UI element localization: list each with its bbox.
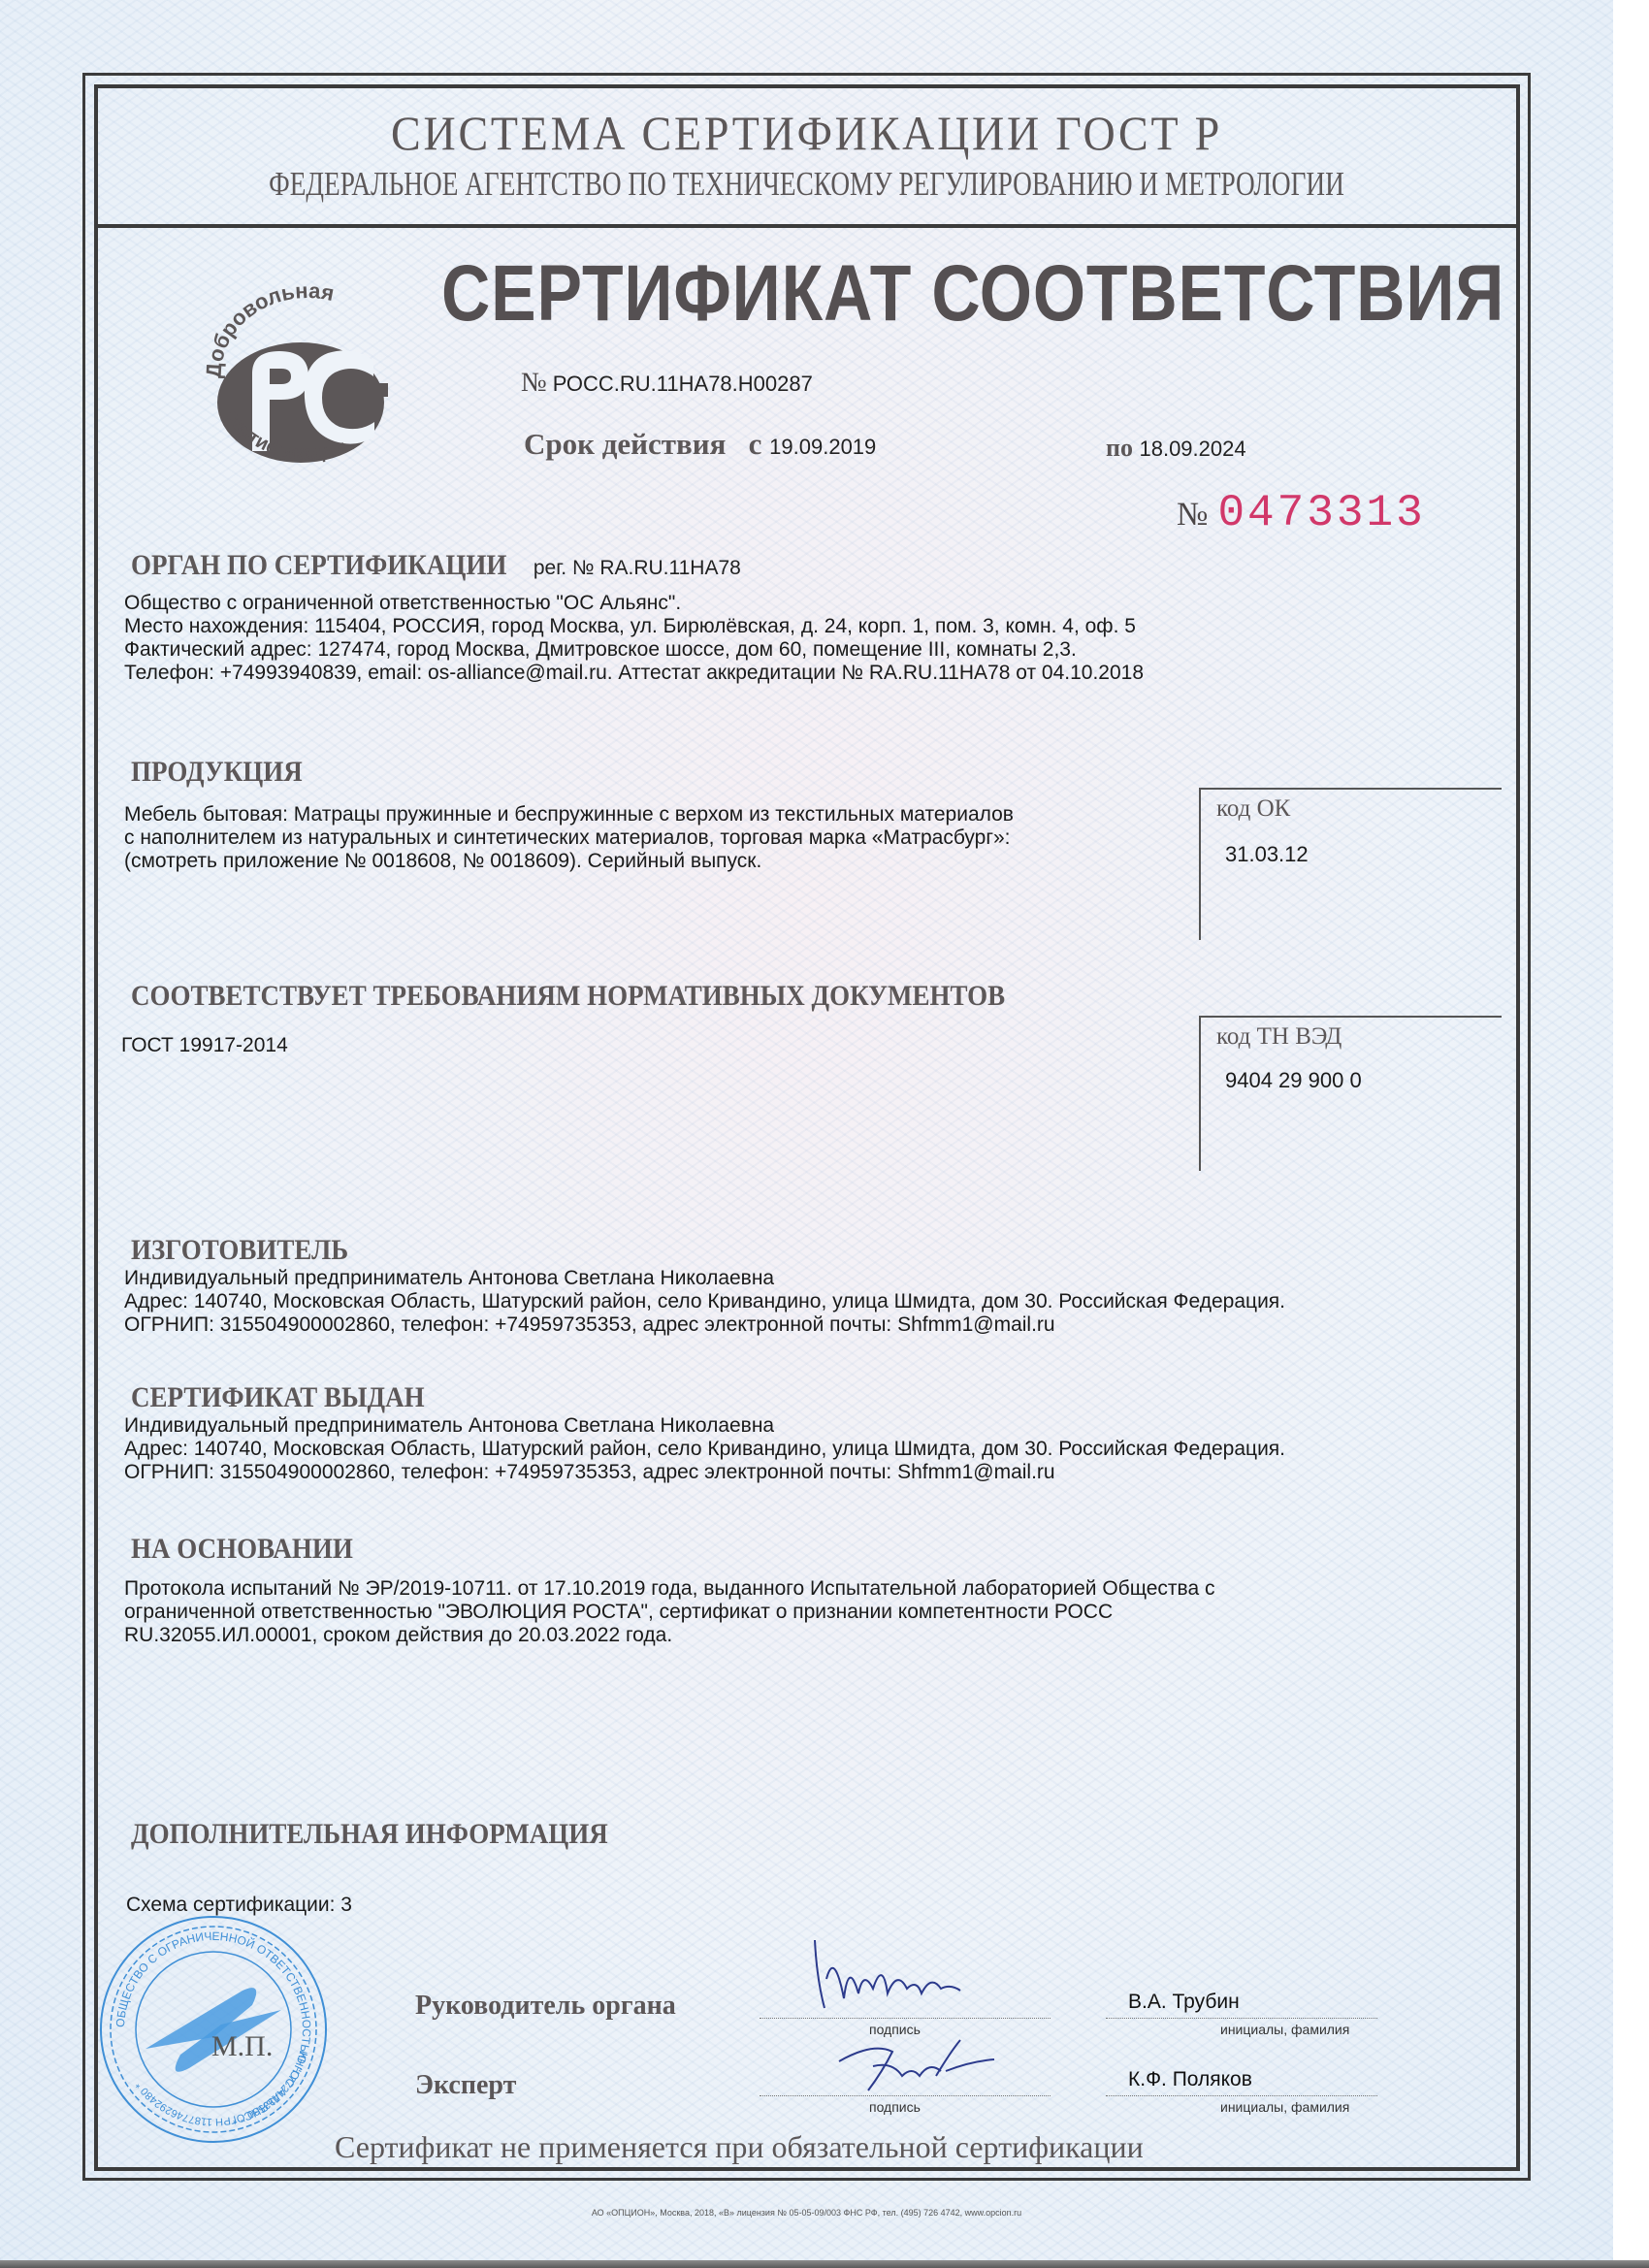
header-divider	[94, 224, 1520, 228]
standard-value: ГОСТ 19917-2014	[121, 1034, 288, 1057]
product-description: Мебель бытовая: Матрацы пружинные и бесп…	[124, 803, 1014, 873]
tnved-code-value: 9404 29 900 0	[1225, 1068, 1362, 1093]
expert-name: К.Ф. Поляков	[1128, 2068, 1252, 2091]
basis-line: ограниченной ответственностью "ЭВОЛЮЦИЯ …	[124, 1601, 1214, 1624]
certificate-number-value: РОСС.RU.11НА78.Н00287	[553, 372, 813, 396]
validity-from: Срок действия с 19.09.2019	[524, 427, 876, 462]
product-line: (смотреть приложение № 0018608, № 001860…	[124, 850, 1014, 873]
ok-code-label: код ОК	[1216, 795, 1290, 823]
issued-to-line: Индивидуальный предприниматель Антонова …	[124, 1414, 1285, 1438]
serial-value: 0473313	[1217, 488, 1425, 538]
cert-body-line: Фактический адрес: 127474, город Москва,…	[124, 638, 1144, 662]
validity-to: по 18.09.2024	[1106, 434, 1246, 463]
from-label: с	[749, 427, 762, 461]
head-name-caption: инициалы, фамилия	[1220, 2022, 1349, 2037]
scan-edge	[0, 2260, 1649, 2268]
basis-line: RU.32055.ИЛ.00001, сроком действия до 20…	[124, 1624, 1214, 1647]
manufacturer-line: ОГРНИП: 315504900002860, телефон: +74959…	[124, 1313, 1285, 1337]
rst-voluntary-certification-logo: Добровольная сертификация	[194, 281, 417, 475]
additional-heading: ДОПОЛНИТЕЛЬНАЯ ИНФОРМАЦИЯ	[131, 1818, 608, 1851]
expert-signature	[834, 2032, 999, 2100]
cert-body-heading-row: ОРГАН ПО СЕРТИФИКАЦИИ рег. № RA.RU.11НА7…	[131, 549, 741, 582]
to-label: по	[1106, 434, 1133, 462]
cert-body-heading: ОРГАН ПО СЕРТИФИКАЦИИ	[131, 549, 506, 582]
expert-name-line	[1106, 2095, 1377, 2097]
tnved-code-label: код ТН ВЭД	[1216, 1023, 1342, 1051]
serial-sign: №	[1177, 497, 1208, 533]
voluntary-only-note: Сертификат не применяется при обязательн…	[335, 2129, 1144, 2165]
issued-to-line: Адрес: 140740, Московская Область, Шатур…	[124, 1438, 1285, 1461]
ok-code-value: 31.03.12	[1225, 842, 1309, 867]
blank-serial-number: №0473313	[1177, 483, 1426, 538]
certificate-number: №РОСС.RU.11НА78.Н00287	[521, 367, 813, 399]
tnved-code-box: код ТН ВЭД 9404 29 900 0	[1199, 1016, 1502, 1171]
number-sign: №	[521, 368, 547, 398]
printer-imprint: АО «ОПЦИОН», Москва, 2018, «В» лицензия …	[0, 2208, 1613, 2218]
ok-code-box: код ОК 31.03.12	[1199, 788, 1502, 940]
cert-body-reg: рег. № RA.RU.11НА78	[533, 557, 741, 579]
basis-line: Протокола испытаний № ЭР/2019-10711. от …	[124, 1577, 1214, 1601]
issued-to-details: Индивидуальный предприниматель Антонова …	[124, 1414, 1285, 1484]
issued-to-heading: СЕРТИФИКАТ ВЫДАН	[131, 1381, 425, 1414]
conformity-heading: СООТВЕТСТВУЕТ ТРЕБОВАНИЯМ НОРМАТИВНЫХ ДО…	[131, 980, 1005, 1013]
head-name-line	[1106, 2018, 1377, 2020]
organization-seal-stamp: ОБЩЕСТВО С ОГРАНИЧЕННОЙ ОТВЕТСТВЕННОСТЬЮ…	[97, 1913, 330, 2146]
cert-body-line: Место нахождения: 115404, РОССИЯ, город …	[124, 615, 1144, 638]
product-line: с наполнителем из натуральных и синтетич…	[124, 826, 1014, 850]
expert-name-caption: инициалы, фамилия	[1220, 2099, 1349, 2115]
head-of-body-label: Руководитель органа	[415, 1991, 676, 2022]
manufacturer-line: Индивидуальный предприниматель Антонова …	[124, 1267, 1285, 1290]
head-signature	[805, 1940, 999, 2018]
cert-body-line: Общество с ограниченной ответственностью…	[124, 592, 1144, 615]
product-heading: ПРОДУКЦИЯ	[131, 756, 303, 789]
product-line: Мебель бытовая: Матрацы пружинные и бесп…	[124, 803, 1014, 826]
document-title: СЕРТИФИКАТ СООТВЕТСТВИЯ	[441, 248, 1504, 340]
cert-body-line: Телефон: +74993940839, email: os-allianc…	[124, 662, 1144, 685]
to-date: 18.09.2024	[1139, 437, 1245, 461]
manufacturer-heading: ИЗГОТОВИТЕЛЬ	[131, 1234, 348, 1267]
expert-signature-caption: подпись	[869, 2099, 921, 2115]
head-signature-line	[760, 2018, 1051, 2020]
issued-to-line: ОГРНИП: 315504900002860, телефон: +74959…	[124, 1461, 1285, 1484]
expert-label: Эксперт	[415, 2070, 516, 2101]
cert-body-details: Общество с ограниченной ответственностью…	[124, 592, 1144, 685]
from-date: 19.09.2019	[769, 435, 876, 459]
manufacturer-line: Адрес: 140740, Московская Область, Шатур…	[124, 1290, 1285, 1313]
manufacturer-details: Индивидуальный предприниматель Антонова …	[124, 1267, 1285, 1337]
system-title: СИСТЕМА СЕРТИФИКАЦИИ ГОСТ Р	[65, 105, 1549, 161]
agency-title: ФЕДЕРАЛЬНОЕ АГЕНТСТВО ПО ТЕХНИЧЕСКОМУ РЕ…	[178, 165, 1436, 204]
seal-place-label: М.П.	[211, 2030, 273, 2063]
validity-label: Срок действия	[524, 427, 726, 461]
basis-details: Протокола испытаний № ЭР/2019-10711. от …	[124, 1577, 1214, 1647]
basis-heading: НА ОСНОВАНИИ	[131, 1533, 353, 1566]
head-name: В.А. Трубин	[1128, 1991, 1240, 2014]
